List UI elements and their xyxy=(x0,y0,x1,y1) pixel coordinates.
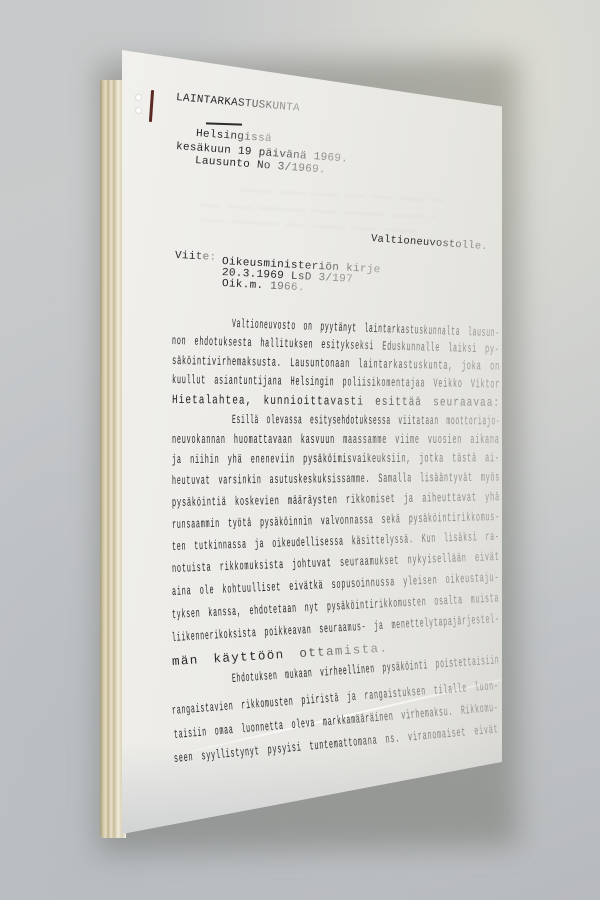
punch-hole xyxy=(136,108,141,113)
punch-hole xyxy=(136,95,141,100)
body-line: neuvokannan huomattavaan kasvuun maassam… xyxy=(172,433,500,447)
body-line: Hietalahtea, kunnioittavasti esittää seu… xyxy=(172,393,500,410)
body-line: ja niihin yhä eneneviin pysäköimisvaikeu… xyxy=(172,451,500,467)
body-line: Esillä olevassa esitysehdotuksessa viita… xyxy=(232,413,500,428)
reference-label: Viite: xyxy=(175,250,217,264)
